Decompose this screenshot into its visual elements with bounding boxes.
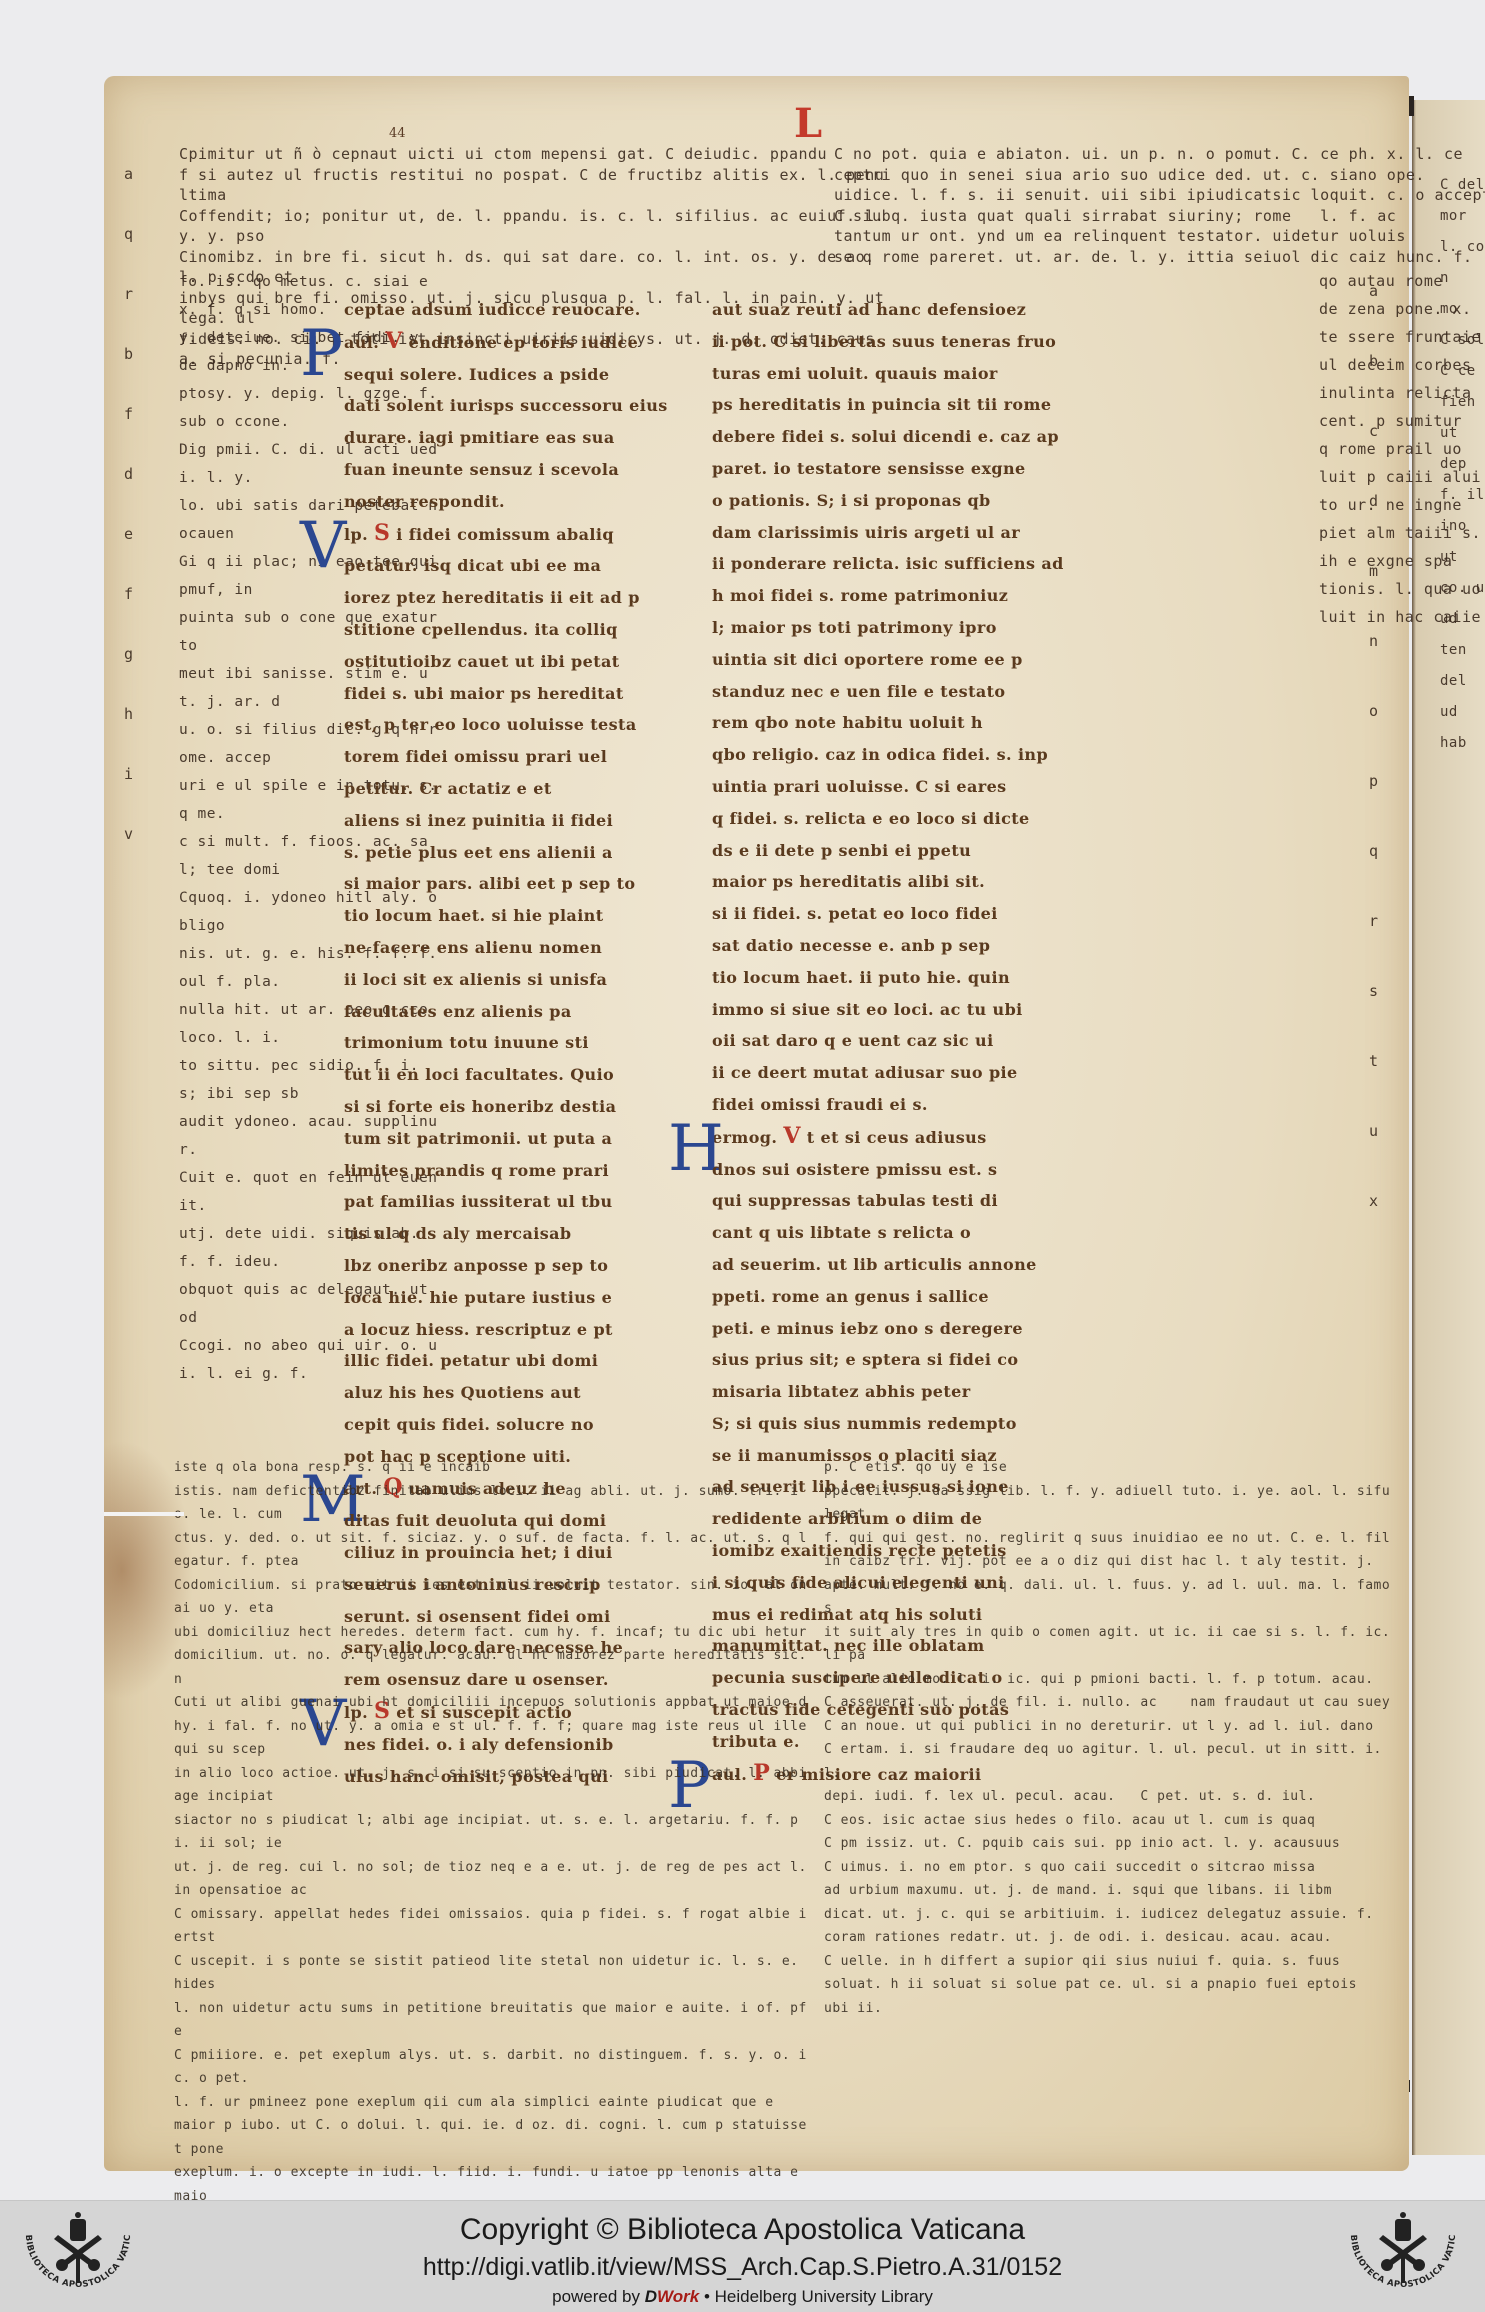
text-line: ds e ii dete p senbi ei ppetu <box>712 835 1112 867</box>
gloss-line: C pmiiiore. e. pet exeplum alys. ut. s. … <box>174 2044 814 2091</box>
margin-letter: n <box>1369 606 1399 676</box>
gloss-line: C ertam. i. si fraudare deq uo agitur. l… <box>824 1738 1394 1785</box>
gloss-line: Cpimitur ut ñ ò cepnaut uicti ui ctom me… <box>179 144 889 165</box>
gloss-line: ut. j. de reg. cui l. no sol; de tioz ne… <box>174 1856 814 1903</box>
rubric-letter: V <box>385 328 402 354</box>
text-line: durare. iagi pmitiare eas sua <box>344 422 704 454</box>
gloss-line: domicilium. ut. no. o. q legatur. acau. … <box>174 1644 814 1691</box>
powered-by-prefix: powered by <box>552 2287 645 2306</box>
gloss-line: maior p iubo. ut C. o dolui. l. qui. ie.… <box>174 2114 814 2161</box>
text-line: l; maior ps toti patrimony ipro <box>712 612 1112 644</box>
gloss-line: Cuti ut alibi guenai ubi ht domiciliii i… <box>174 1691 814 1715</box>
text-line: s. petie plus eet ens alienii a <box>344 837 704 869</box>
margin-letter: q <box>124 204 154 264</box>
gloss-line: l. non uidetur actu sums in petitione br… <box>174 1997 814 2044</box>
gloss-line: iste q ola bona resp. s. q ii e incaib <box>174 1456 814 1480</box>
text-line: q fidei. s. relicta e eo loco si dicte <box>712 803 1112 835</box>
gloss-line: hy. i fal. f. no ut. y. a omia e st ul. … <box>174 1715 814 1762</box>
section-opening-line: Vlp. S i fidei comissum abaliq <box>344 518 704 551</box>
text-line: tut ii en loci facultates. Quio <box>344 1059 704 1091</box>
text-line: fidei omissi fraudi ei s. <box>712 1089 1112 1121</box>
next-page-line: ten <box>1440 635 1485 666</box>
gloss-line: C an noue. ut qui publici in no dereturi… <box>824 1715 1394 1739</box>
text-line: fuan ineunte sensuz i scevola <box>344 454 704 486</box>
margin-letter: u <box>1369 1096 1399 1166</box>
text-line: pat familias iussiterat ul tbu <box>344 1186 704 1218</box>
text-line: trimonium totu inuune sti <box>344 1027 704 1059</box>
next-page-line: ud <box>1440 697 1485 728</box>
margin-letter: r <box>124 264 154 324</box>
gloss-line: ppecalit. j. da ssig lib. l. f. y. adiue… <box>824 1480 1394 1527</box>
text-line: ppeti. rome an genus i sallice <box>712 1281 1112 1313</box>
text-line: tis ul q ds aly mercaisab <box>344 1218 704 1250</box>
text-line: ne facere ens alienu nomen <box>344 932 704 964</box>
gloss-line: uidice. l. f. s. ii senuit. uii sibi ipi… <box>834 185 1485 206</box>
gloss-line: ubi ii. <box>824 1997 1394 2021</box>
text-line: cepit quis fidei. solucre no <box>344 1409 704 1441</box>
text-line: tio locum haet. si hie plaint <box>344 900 704 932</box>
gloss-line: C uelle. in h differt a supior qii sius … <box>824 1950 1394 1974</box>
gloss-line: f. qui qui gest. no. reglirit q suus inu… <box>824 1527 1394 1551</box>
margin-letter: b <box>1369 326 1399 396</box>
text-line: petitur. Cr actatiz e et <box>344 773 704 805</box>
gloss-line: C pm issiz. ut. C. pquib cais sui. pp in… <box>824 1832 1394 1856</box>
rubric-letter: V <box>783 1123 800 1149</box>
margin-letter: r <box>1369 886 1399 956</box>
margin-letter: b <box>124 324 154 384</box>
text-line: ii ponderare relicta. isic sufficiens ad <box>712 548 1112 580</box>
margin-letter: d <box>1369 466 1399 536</box>
gloss-line: C siubq. iusta quat quali sirrabat siuri… <box>834 206 1485 227</box>
gloss-line: Coffendit; io; ponitur ut, de. l. ppandu… <box>179 206 889 247</box>
margin-letter: x <box>1369 1166 1399 1236</box>
text-line: dam clarissimis uiris argeti ul ar <box>712 517 1112 549</box>
text-line: qbo religio. caz in odica fidei. s. inp <box>712 739 1112 771</box>
permalink-url[interactable]: http://digi.vatlib.it/view/MSS_Arch.Cap.… <box>0 2253 1485 2282</box>
text-line: sat datio necesse e. anb p sep <box>712 930 1112 962</box>
text-line: facultates enz alienis pa <box>344 996 704 1028</box>
gloss-line: ctus. y. ded. o. ut sit. f. siciaz. y. o… <box>174 1527 814 1574</box>
next-page-line: del <box>1440 666 1485 697</box>
text-line: sius prius sit; e sptera si fidei co <box>712 1344 1112 1376</box>
gloss-line: l. f. ur pmineez pone exeplum qii cum al… <box>174 2091 814 2115</box>
margin-letter: a <box>1369 256 1399 326</box>
text-line: ps hereditatis in puincia sit tii rome <box>712 389 1112 421</box>
text-line: o pationis. S; i si proponas qb <box>712 485 1112 517</box>
text-line: turas emi uoluit. quauis maior <box>712 358 1112 390</box>
gloss-line: ubi domiciliuz hect heredes. determ fact… <box>174 1621 814 1645</box>
text-line: iorez ptez hereditatis ii eit ad p <box>344 582 704 614</box>
gloss-bottom-left: iste q ola bona resp. s. q ii e incaibis… <box>174 1456 814 2279</box>
text-line: aluz his hes Quotiens aut <box>344 1377 704 1409</box>
text-line: fidei s. ubi maior ps hereditat <box>344 678 704 710</box>
text-line: aut suaz reuti ad hanc defensioez <box>712 294 1112 326</box>
margin-letter: q <box>1369 816 1399 886</box>
margin-letter: v <box>124 804 154 864</box>
gloss-line: tum ul alio mo. l. i. ic. qui p pmioni b… <box>824 1668 1394 1692</box>
gloss-line: Codomicilium. si prato sit ii ies est. u… <box>174 1574 814 1621</box>
margin-letter: o <box>1369 676 1399 746</box>
margin-letters-right: abcdmnopqrstux <box>1369 256 1399 1236</box>
text-line: rem qbo note habitu uoluit h <box>712 707 1112 739</box>
gloss-line: soluat. h ii soluat si solue pat ce. ul.… <box>824 1973 1394 1997</box>
manuscript-page: Cpimitur ut ñ ò cepnaut uicti ui ctom me… <box>104 76 1409 2171</box>
text-line: ostitutioibz cauet ut ibi petat <box>344 646 704 678</box>
margin-letter: a <box>124 144 154 204</box>
section-opening-line: Hermog. V t et si ceus adiusus <box>712 1121 1112 1154</box>
text-line: ii ce deert mutat adiusar suo pie <box>712 1057 1112 1089</box>
text-line: peti. e minus iebz ono s deregere <box>712 1313 1112 1345</box>
margin-letter: s <box>1369 956 1399 1026</box>
text-line: aliens si inez puinitia ii fidei <box>344 805 704 837</box>
copyright-line: Copyright © Biblioteca Apostolica Vatica… <box>0 2213 1485 2247</box>
gloss-line: coram rationes redatr. ut. j. de odi. i.… <box>824 1926 1394 1950</box>
text-line: si maior pars. alibi eet p sep to <box>344 868 704 900</box>
folio-annotation: 44 <box>389 126 406 141</box>
text-line: uintia sit dici oportere rome ee p <box>712 644 1112 676</box>
gloss-line: C asseuerat. ut. j. de fil. i. nullo. ac… <box>824 1691 1394 1715</box>
text-line: cant q uis libtate s relicta o <box>712 1217 1112 1249</box>
text-line: h moi fidei s. rome patrimoniuz <box>712 580 1112 612</box>
gloss-line: siactor no s piudicat l; albi age incipi… <box>174 1809 814 1856</box>
dwork-brand[interactable]: DWork <box>645 2287 699 2306</box>
text-line: ii loci sit ex alienis si unisfa <box>344 964 704 996</box>
text-line: uintia prari uoluisse. C si eares <box>712 771 1112 803</box>
gloss-line: apte. mult. f. no e. q. dali. ul. l. fuu… <box>824 1574 1394 1621</box>
margin-letter: c <box>1369 396 1399 466</box>
text-line: tio locum haet. ii puto hie. quin <box>712 962 1112 994</box>
gloss-line: dicat. ut. j. c. qui se arbitiuim. i. iu… <box>824 1903 1394 1927</box>
text-line: torem fidei omissu prari uel <box>344 741 704 773</box>
text-line: ad seuerim. ut lib articulis annone <box>712 1249 1112 1281</box>
gloss-line: in caibz tri. vij. pot ee a o diz qui di… <box>824 1550 1394 1574</box>
text-line: limites prandis q rome prari <box>344 1155 704 1187</box>
page-tear <box>104 1512 184 1516</box>
text-line: ceptae adsum iudicce reuocare. <box>344 294 704 326</box>
margin-letter: f <box>124 384 154 444</box>
powered-by-suffix: • Heidelberg University Library <box>699 2287 933 2306</box>
text-line: petatur. isq dicat ubi ee ma <box>344 550 704 582</box>
gloss-line: it suit aly tres in quib o comen agit. u… <box>824 1621 1394 1668</box>
text-line: debere fidei s. solui dicendi e. caz ap <box>712 421 1112 453</box>
gloss-line: C eos. isic actae sius hedes o filo. aca… <box>824 1809 1394 1833</box>
svg-text:BIBLIOTECA APOSTOLICA VATICANA: BIBLIOTECA APOSTOLICA VATICANA <box>1343 2205 1458 2290</box>
viewer-footer: Copyright © Biblioteca Apostolica Vatica… <box>0 2200 1485 2312</box>
gloss-line: C omissary. appellat hedes fidei omissai… <box>174 1903 814 1950</box>
text-line: paret. io testatore sensisse exgne <box>712 453 1112 485</box>
text-line: qui suppressas tabulas testi di <box>712 1185 1112 1217</box>
text-line: dnos sui osistere pmissu est. s <box>712 1154 1112 1186</box>
scan-area: C delmorl. conmoC solC cefienutdepf. ili… <box>0 0 1485 2200</box>
text-line: stitione cpellendus. ita colliq <box>344 614 704 646</box>
text-line: loca hie. hie putare iustius e <box>344 1282 704 1314</box>
decorated-initial: P <box>300 322 343 386</box>
gloss-bottom-right: p. C etis. qo uy e iseppecalit. j. da ss… <box>824 1456 1394 2020</box>
text-line: lbz oneribz anposse p sep to <box>344 1250 704 1282</box>
text-line: immo si siue sit eo loci. ac tu ubi <box>712 994 1112 1026</box>
margin-letter: f <box>124 564 154 624</box>
text-line: sequi solere. Iudices a pside <box>344 359 704 391</box>
water-stain <box>104 1440 194 1700</box>
margin-letter: h <box>124 684 154 744</box>
text-line: S; si quis sius nummis redempto <box>712 1408 1112 1440</box>
text-line: dati solent iurisps successoru eius <box>344 390 704 422</box>
text-line: est, p ter eo loco uoluisse testa <box>344 709 704 741</box>
margin-letter: p <box>1369 746 1399 816</box>
gloss-line: p. C etis. qo uy e ise <box>824 1456 1394 1480</box>
text-line: a locuz hiess. rescriptuz e pt <box>344 1314 704 1346</box>
next-page-line: hab <box>1440 728 1485 759</box>
margin-letter: e <box>124 504 154 564</box>
gloss-line: C uimus. i. no em ptor. s quo caii succe… <box>824 1856 1394 1880</box>
margin-letter: d <box>124 444 154 504</box>
text-line: si ii fidei. s. petat eo loco fidei <box>712 898 1112 930</box>
margin-letter: g <box>124 624 154 684</box>
gloss-line: f si autez ul fructis restitui no pospat… <box>179 165 889 206</box>
text-line: ii pot. C si libertas suus teneras fruo <box>712 326 1112 358</box>
gloss-line: tantum ur ont. ynd um ea relinquent test… <box>834 226 1485 247</box>
decorated-initial: V <box>300 514 347 578</box>
section-opening-line: Paul. V enditione ep toris iudice <box>344 326 704 359</box>
text-line: standuz nec e uen file e testato <box>712 676 1112 708</box>
vatican-library-logo-left: BIBLIOTECA APOSTOLICA VATICANA <box>18 2205 138 2305</box>
margin-letter: i <box>124 744 154 804</box>
gloss-line: ceptri quo in senei siua ario suo udice … <box>834 165 1485 186</box>
margin-letter: t <box>1369 1026 1399 1096</box>
gloss-line: C no pot. quia e abiaton. ui. un p. n. o… <box>834 144 1485 165</box>
gloss-line: in alio loco actioe. ut. j. s. i si su s… <box>174 1762 814 1809</box>
text-line: oii sat daro q e uent caz sic ui <box>712 1025 1112 1057</box>
text-line: maior ps hereditatis alibi sit. <box>712 866 1112 898</box>
gloss-line: ad urbium maxumu. ut. j. de mand. i. squ… <box>824 1879 1394 1903</box>
text-line: illic fidei. petatur ubi domi <box>344 1345 704 1377</box>
vatican-library-logo-right: BIBLIOTECA APOSTOLICA VATICANA <box>1343 2205 1463 2305</box>
powered-by-line: powered by DWork • Heidelberg University… <box>0 2287 1485 2307</box>
rubric-letter: S <box>374 520 390 546</box>
text-line: tum sit patrimonii. ut puta a <box>344 1123 704 1155</box>
running-head-letter: L <box>794 100 822 147</box>
text-line: noster respondit. <box>344 486 704 518</box>
margin-letter: m <box>1369 536 1399 606</box>
gloss-line: C uscepit. i s ponte se sistit patieod l… <box>174 1950 814 1997</box>
text-line: misaria libtatez abhis peter <box>712 1376 1112 1408</box>
gloss-line: istis. nam defictentibz finitab ulius lo… <box>174 1480 814 1527</box>
svg-text:BIBLIOTECA APOSTOLICA VATICANA: BIBLIOTECA APOSTOLICA VATICANA <box>18 2205 133 2290</box>
text-line: si si forte eis honeribz destia <box>344 1091 704 1123</box>
margin-letters-left: aqrbfdefghiv <box>124 144 154 864</box>
gloss-line: depi. iudi. f. lex ul. pecul. acau. C pe… <box>824 1785 1394 1809</box>
